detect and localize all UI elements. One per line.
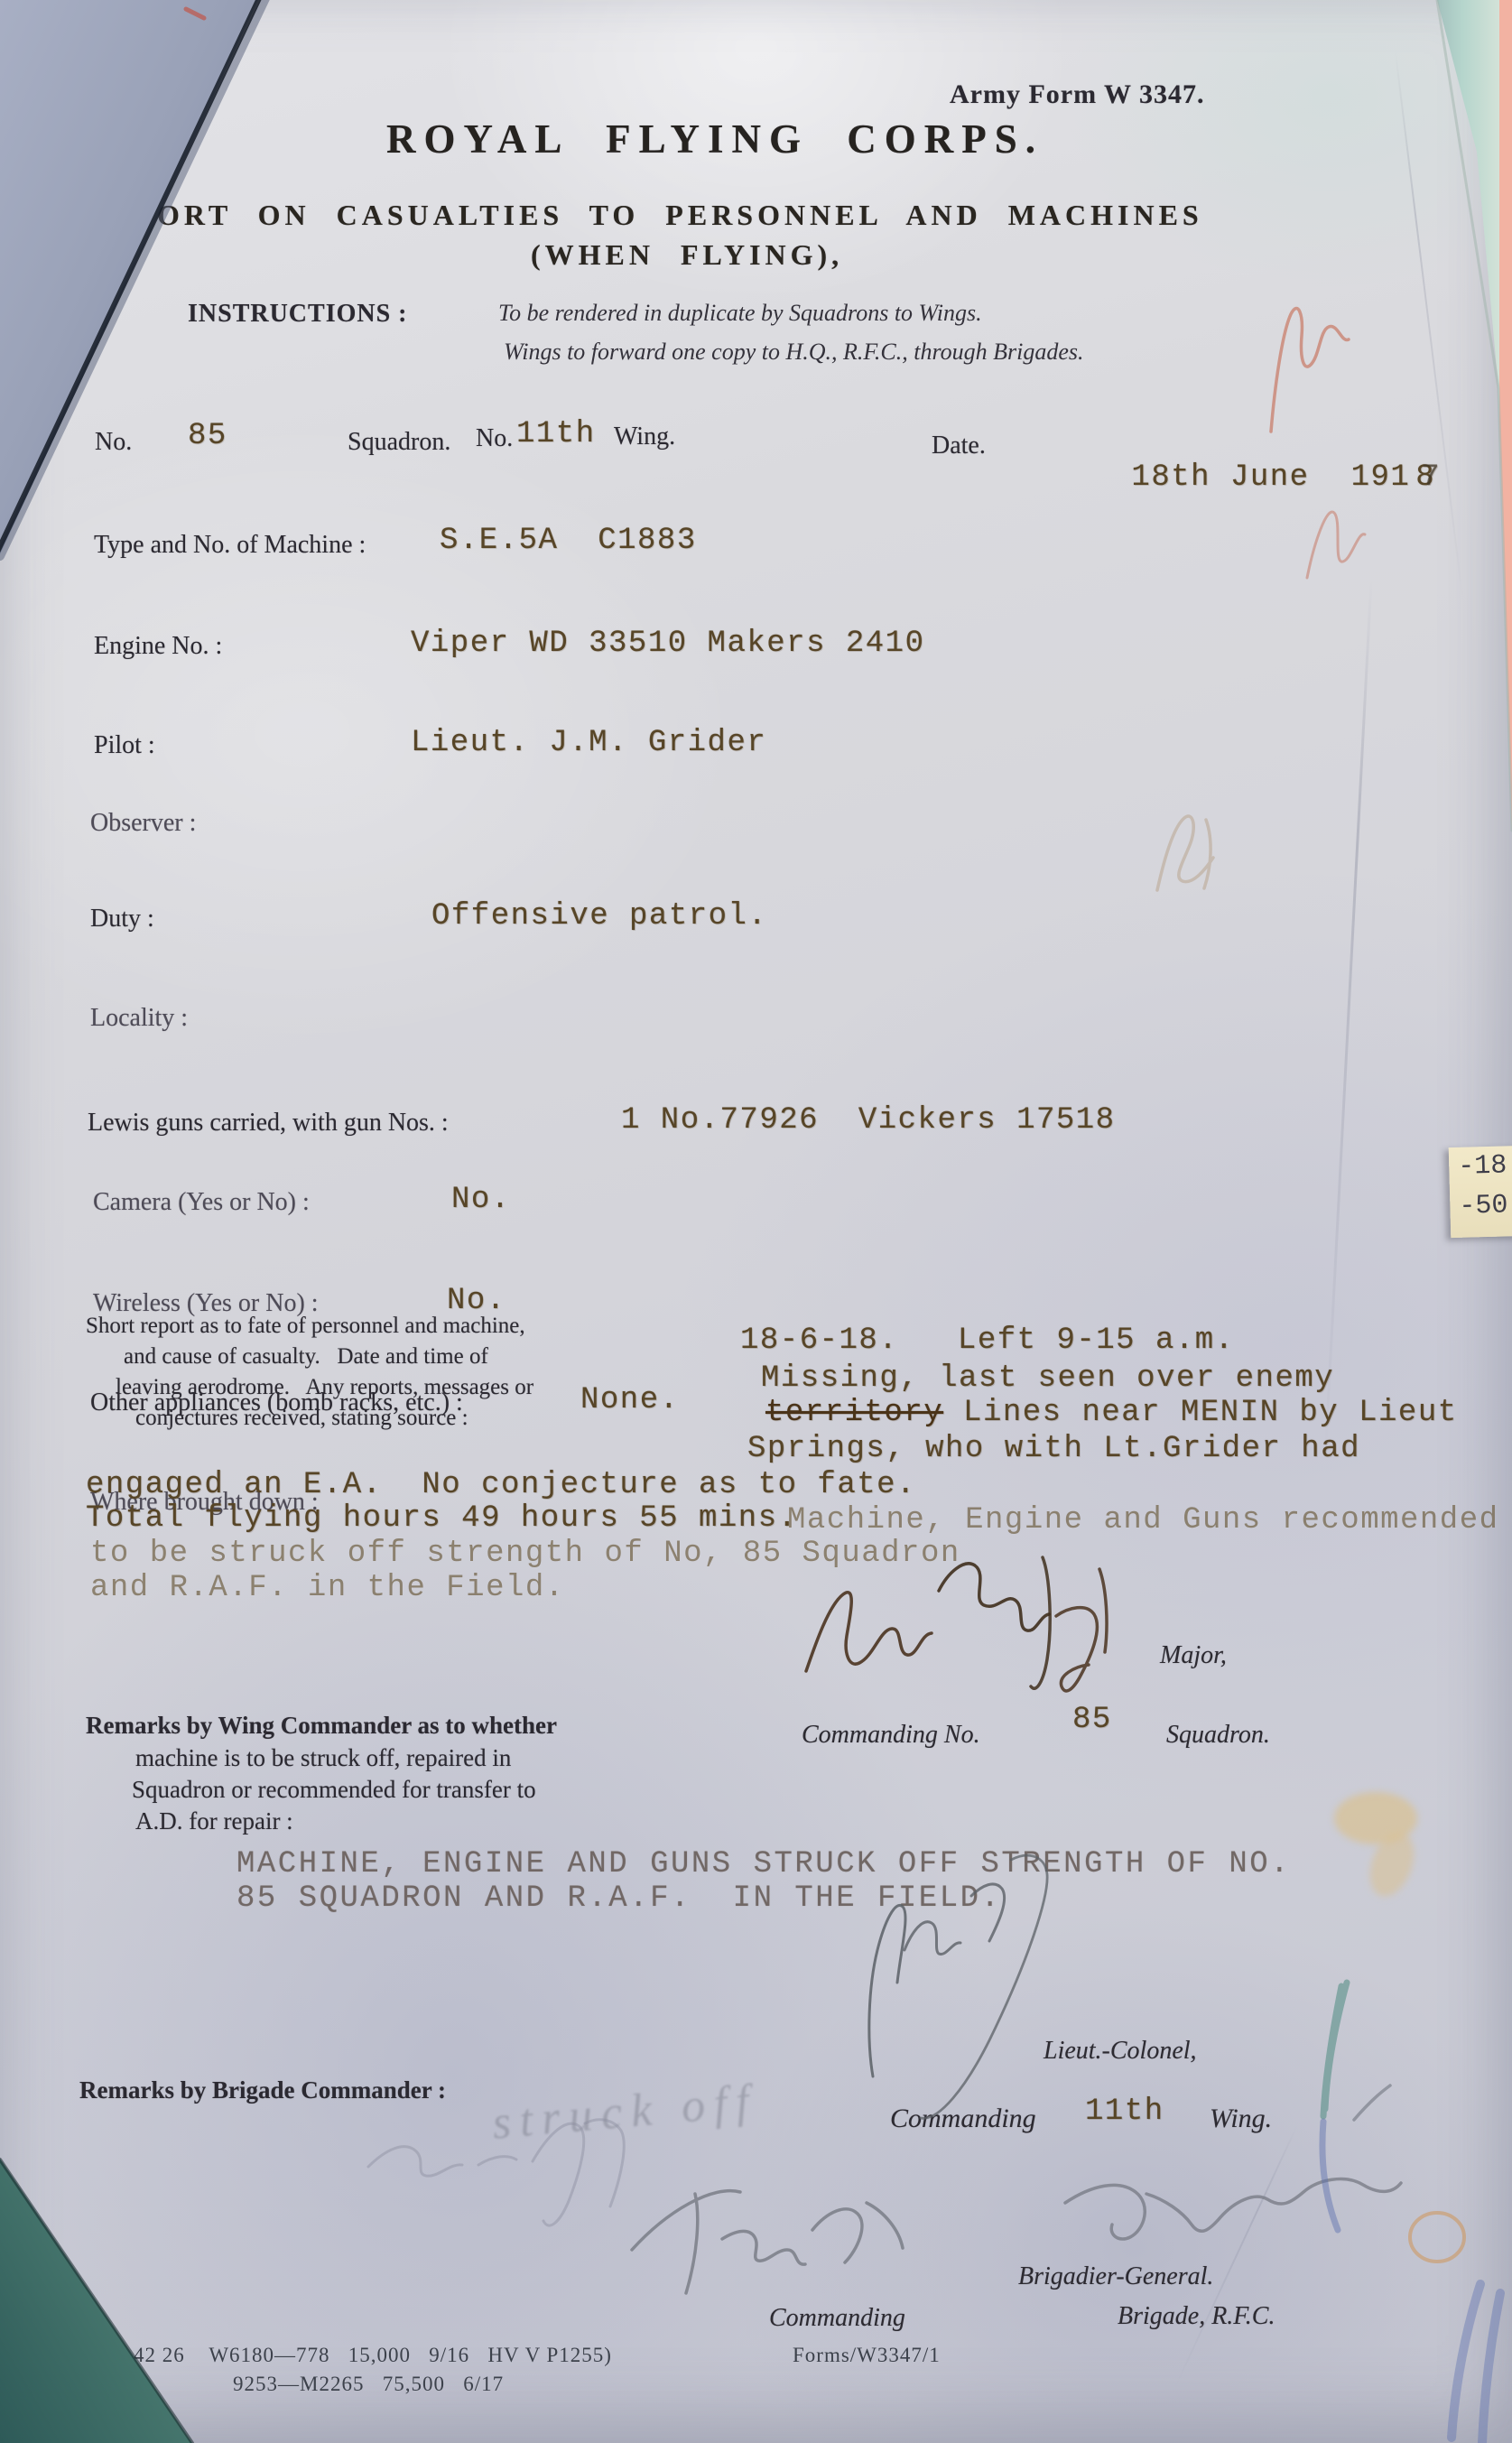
wing-remarks-line-1: Remarks by Wing Commander as to whether [86, 1712, 557, 1740]
squadron-number-value: 85 [188, 419, 227, 453]
form-number: Army Form W 3347. [950, 79, 1205, 110]
other-appliances-value: None. [580, 1383, 680, 1417]
duty-label: Duty : [90, 905, 154, 934]
tab-line-1: -18 [1449, 1146, 1512, 1187]
duty-value: Offensive patrol. [431, 899, 767, 934]
report-typed-line-2: Missing, last seen over enemy [761, 1361, 1334, 1396]
squadron-commanding-number: 85 [1072, 1703, 1112, 1737]
wing-commanding-label: Commanding [890, 2104, 1036, 2134]
wing-commanding-number: 11th [1085, 2095, 1164, 2129]
lewis-guns-value: 1 No.77926 Vickers 17518 [621, 1103, 1116, 1138]
report-typed-line-4: Springs, who with Lt.Grider had [747, 1432, 1360, 1466]
brigade-rank-label: Brigadier-General. [1018, 2262, 1213, 2291]
date-value: 18th June 19178 [1013, 426, 1435, 529]
year-prefix: 191 [1351, 460, 1411, 495]
pilot-value: Lieut. J.M. Grider [411, 726, 766, 760]
machine-label: Type and No. of Machine : [94, 531, 366, 560]
report-label-line-1: Short report as to fate of personnel and… [86, 1314, 525, 1339]
report-total-hours: Total flying hours 49 hours 55 mins. [86, 1501, 798, 1536]
date-gap [1310, 460, 1351, 495]
wing-remarks-line-3: Squadron or recommended for transfer to [132, 1776, 536, 1804]
paper-crease [1173, 2126, 1297, 2389]
wing-unit-label: Wing. [1210, 2104, 1272, 2134]
wing-remarks-line-4: A.D. for repair : [135, 1807, 293, 1835]
instructions-line-2: Wings to forward one copy to H.Q., R.F.C… [504, 339, 1084, 366]
brigade-remarks-label: Remarks by Brigade Commander : [79, 2076, 446, 2104]
squadron-no-label: No. [95, 428, 132, 457]
camera-label: Camera (Yes or No) : [93, 1188, 310, 1217]
wing-remarks-line-2: machine is to be struck off, repaired in [135, 1744, 511, 1772]
report-faint-line-3: to be struck off strength of No, 85 Squa… [90, 1537, 960, 1571]
underlying-sheet-tab: -18 -50 [1449, 1146, 1512, 1238]
page-subtitle-2: (WHEN FLYING), [531, 238, 843, 272]
instructions-label: INSTRUCTIONS : [188, 300, 408, 329]
page-subtitle: REPORT ON CASUALTIES TO PERSONNEL AND MA… [86, 199, 1203, 232]
report-typed-line-3-rest: Lines near MENIN by Lieut [943, 1396, 1458, 1430]
squadron-commanding-label: Commanding No. [802, 1721, 980, 1750]
report-typed-line-3: territory Lines near MENIN by Lieut [765, 1396, 1458, 1430]
camera-value: No. [451, 1183, 511, 1217]
form-paper: Army Form W 3347. ROYAL FLYING CORPS. RE… [0, 0, 1512, 2443]
observer-label: Observer : [90, 809, 196, 838]
footer-codes-line-2: 9253—M2265 75,500 6/17 [233, 2373, 504, 2396]
pilot-label: Pilot : [94, 731, 155, 760]
engine-value: Viper WD 33510 Makers 2410 [411, 627, 925, 661]
squadron-label: Squadron. [348, 428, 450, 457]
page-title: ROYAL FLYING CORPS. [386, 116, 1044, 163]
date-label: Date. [932, 432, 986, 460]
footer-forms-ref: Forms/W3347/1 [793, 2344, 941, 2367]
brigade-commanding-label: Commanding [769, 2304, 905, 2333]
wing-typed-line-1: MACHINE, ENGINE AND GUNS STRUCK OFF STRE… [237, 1847, 1291, 1881]
report-label-line-3: leaving aerodrome. Any reports, messages… [116, 1375, 533, 1400]
lewis-guns-label: Lewis guns carried, with gun Nos. : [88, 1109, 449, 1138]
paper-crease [1323, 579, 1372, 1463]
squadron-unit-label: Squadron. [1166, 1721, 1270, 1750]
report-faint-line-4: and R.A.F. in the Field. [90, 1571, 565, 1605]
year-ghost-digit: 7 [1421, 460, 1441, 495]
scanned-casualty-report-photo: Army Form W 3347. ROYAL FLYING CORPS. RE… [0, 0, 1512, 2443]
report-wide-line-1: engaged an E.A. No conjecture as to fate… [86, 1468, 916, 1502]
tab-line-2: -50 [1450, 1185, 1512, 1227]
locality-label: Locality : [90, 1004, 188, 1033]
struck-out-word: territory [765, 1396, 943, 1430]
brigade-pencil-note: struck off [490, 2074, 760, 2150]
machine-value: S.E.5A C1883 [440, 524, 697, 558]
wing-no-label: No. [476, 424, 513, 453]
report-typed-line-1: 18-6-18. Left 9-15 a.m. [740, 1324, 1235, 1358]
report-label-line-4: conjectures received, stating source : [135, 1406, 468, 1431]
date-day-month: 18th June [1131, 460, 1309, 495]
wing-typed-line-2: 85 SQUADRON AND R.A.F. IN THE FIELD. [237, 1881, 1001, 1916]
report-faint-line-2: Machine, Engine and Guns recommended [787, 1503, 1499, 1537]
squadron-rank-label: Major, [1160, 1641, 1227, 1670]
wing-number-value: 11th [516, 417, 596, 451]
wing-rank-label: Lieut.-Colonel, [1044, 2037, 1197, 2066]
brigade-unit-label: Brigade, R.F.C. [1118, 2302, 1275, 2331]
wing-label: Wing. [614, 423, 675, 451]
footer-codes-line-1: 42 26 W6180—778 15,000 9/16 HV V P1255) [134, 2344, 612, 2367]
engine-label: Engine No. : [94, 632, 222, 661]
report-label-line-2: and cause of casualty. Date and time of [124, 1344, 488, 1370]
instructions-line-1: To be rendered in duplicate by Squadrons… [498, 300, 982, 327]
